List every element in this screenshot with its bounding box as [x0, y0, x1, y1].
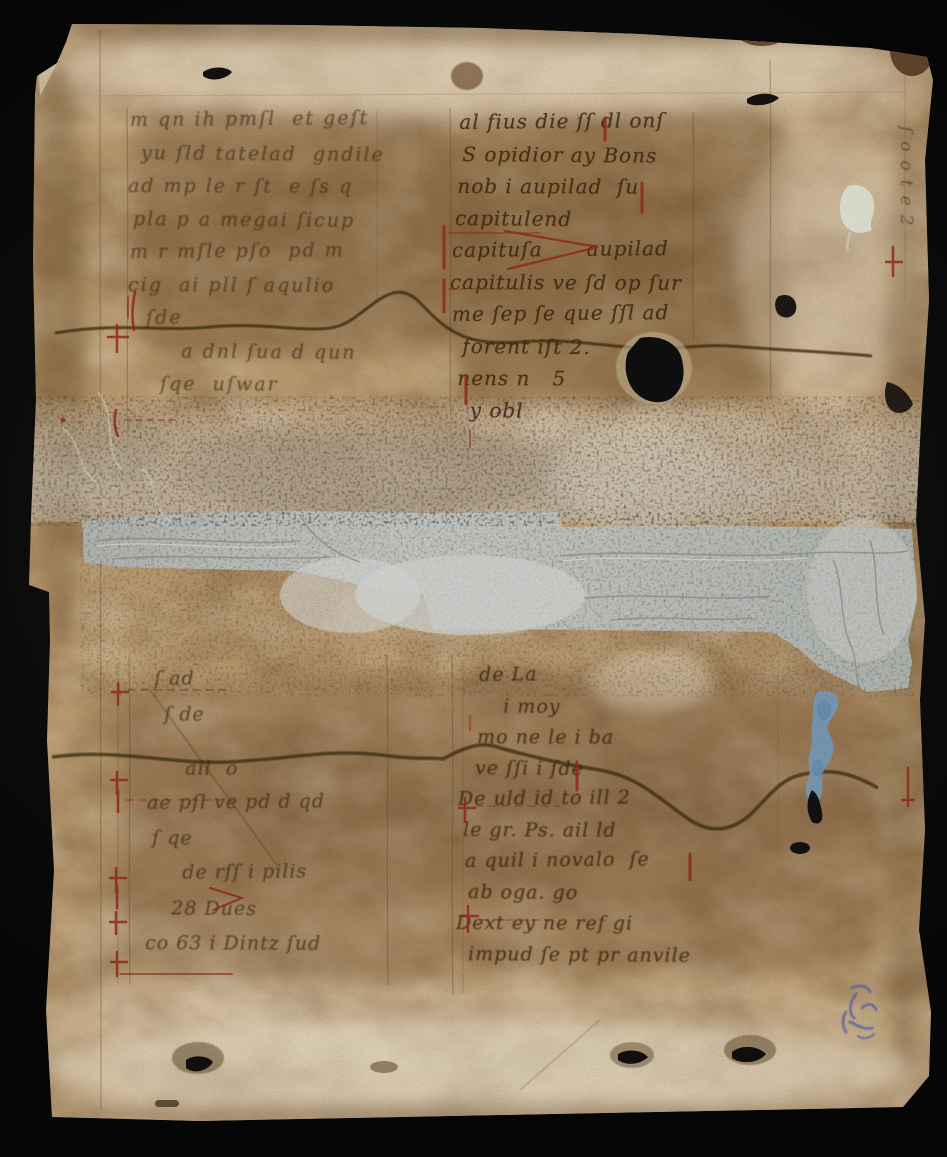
script-line: i moy: [461, 691, 691, 724]
slit-bottom-2: [618, 1050, 648, 1063]
script-line: ſde: [130, 300, 382, 335]
pale-bottom-strip: [50, 1020, 910, 1120]
right-margin-text: ſoote2: [896, 126, 916, 234]
script-line: a dnl ſua d qun: [133, 335, 385, 370]
blue-patch-shade: [817, 700, 831, 720]
text-column-bottom-right: de La i moy mo ne le i ba ve ſſi i ſdeDe…: [458, 660, 688, 970]
dark-dash-2: [370, 1061, 398, 1073]
script-line: impud ſe pt pr anvile: [461, 939, 691, 972]
script-line: ſ de: [129, 697, 328, 734]
script-line: capitulis ve ſd op ſur: [450, 266, 682, 299]
slit-top-center: [203, 68, 232, 80]
text-column-top-left: m qn ih pmſl et geſt yu ſld tatelad gndi…: [130, 104, 382, 401]
white-flake: [840, 185, 874, 233]
script-line: ab oga. go: [461, 877, 691, 910]
white-flake-tail: [847, 232, 850, 252]
text-column-bottom-left: ſ ad ſ de ail o ae pſl ve pd d qd ſ qe d…: [126, 662, 325, 961]
brown-spot-top: [738, 22, 786, 46]
brown-spot-top-right: [890, 24, 934, 76]
script-line: ſ qe: [124, 821, 323, 857]
pale-right: [740, 130, 920, 410]
script-line: ad mp le r ſt e ſs q: [128, 170, 380, 204]
script-line: S opidior ay Bons: [455, 138, 687, 172]
script-line: y obl: [455, 394, 687, 428]
script-line: al fius die ſſ dl onſ: [452, 104, 684, 138]
script-line: nens n 5: [450, 362, 682, 395]
hole-dot: [790, 842, 810, 854]
blue-stamp: [843, 986, 876, 1038]
script-line: co 63 i Dintz ſud: [124, 926, 323, 962]
script-line: de rſſ i pilis: [126, 854, 325, 891]
corner-chip: [38, 58, 60, 96]
script-line: ae pſl ve pd d qd: [126, 784, 325, 821]
script-line: de La: [458, 658, 688, 691]
slit-top-right: [747, 94, 779, 106]
script-line: me ſep ſe que ſſl ad: [452, 296, 684, 330]
script-line: 28 Dues: [129, 891, 328, 928]
slit-halo-2: [610, 1042, 654, 1068]
script-line: capituſa aupilad: [452, 232, 684, 266]
brown-spot-center-top: [451, 62, 483, 90]
photo-backdrop: m qn ih pmſl et geſt yu ſld tatelad gndi…: [0, 0, 947, 1157]
blue-patch: [806, 691, 838, 804]
script-line: De uld id to ill 2: [458, 782, 688, 815]
script-line: le gr. Ps. ail ld: [456, 815, 686, 847]
script-line: pla p a megai ſicup: [133, 203, 385, 238]
top-edge-shadow: [60, 21, 920, 45]
script-line: ſ ad: [126, 660, 325, 697]
script-line: a quil i novalo ſe: [458, 844, 688, 877]
blue-patch-shade-2: [812, 759, 824, 777]
manuscript-leaf: m qn ih pmſl et geſt yu ſld tatelad gndi…: [0, 0, 947, 1157]
left-edge-shadow: [35, 50, 85, 650]
bottom-edge-shadow: [50, 1103, 910, 1123]
script-line: Dext ey ne ref gi: [456, 908, 686, 940]
script-line: ſqe uſwar: [128, 368, 380, 402]
dark-dash-1: [155, 1100, 179, 1107]
script-line: ail o: [129, 751, 328, 788]
script-line: cig ai pll ſ aqulio: [128, 269, 380, 303]
script-line: mo ne le i ba: [456, 722, 686, 754]
script-line: [124, 732, 323, 752]
hole-small-right: [775, 295, 796, 318]
script-line: ve ſſi i ſde: [461, 753, 691, 786]
slit-halo-3: [724, 1035, 776, 1065]
hole-crescent: [808, 790, 823, 824]
slit-bottom-1: [186, 1056, 213, 1071]
script-line: forent iſt 2.: [455, 330, 687, 364]
slit-halo-1: [172, 1042, 224, 1074]
script-line: yu ſld tatelad gndile: [133, 137, 385, 172]
script-line: nob i aupilad ſu: [450, 170, 682, 203]
script-line: capitulend: [455, 202, 687, 236]
script-line: m r mſle pſo pd m: [130, 234, 382, 269]
slit-bottom-3: [732, 1047, 766, 1062]
text-column-top-right: al fius die ſſ dl onſ S opidior ay Bons …: [452, 106, 684, 426]
pale-top-strip: [60, 25, 900, 115]
script-line: m qn ih pmſl et geſt: [130, 102, 382, 137]
